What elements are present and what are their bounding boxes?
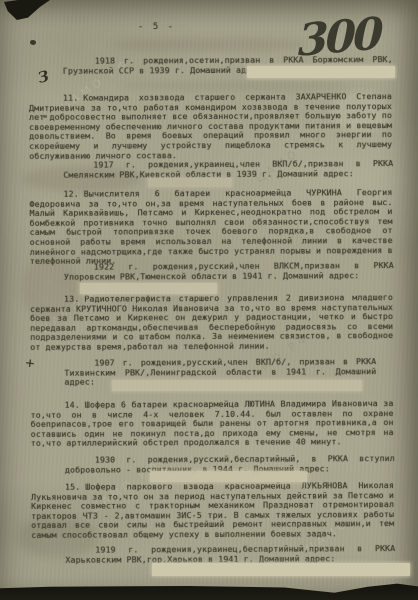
scanned-document-page: ЦАМО РФ ЦАМО РФ ЦАМО РФ ЦАМО РФ ЦАМО РФ … [0, 0, 418, 600]
entry-13-citation: 13.Радиотелеграфиста старшего управления… [30, 293, 393, 352]
entry-14-number: 14. [65, 400, 80, 410]
redaction-block [150, 471, 307, 482]
entry-15-number: 15. [65, 482, 80, 492]
redaction-block [112, 380, 362, 391]
entry-12-text: Вычислителя 6 батареи красноармейца ЧУРК… [29, 187, 392, 266]
redaction-block [148, 178, 232, 187]
entry-15-citation: 15.Шофера паркового взвода красноармейца… [31, 481, 394, 540]
redaction-block [247, 66, 395, 78]
entry-12-citation: 12.Вычислителя 6 батареи красноармейца Ч… [29, 188, 392, 267]
entry-15-text: Шофера паркового взвода красноармейца ЛУ… [31, 480, 394, 540]
entry-11-citation: 11.Командира хозвзвода старшего сержанта… [29, 92, 392, 161]
entry-12-number: 12. [63, 189, 78, 199]
entry-15-details: 1919 г. рождения,украинец,беспартийный,п… [65, 544, 395, 565]
entry-13-number: 13. [64, 294, 79, 304]
redaction-block [152, 563, 410, 576]
redaction-block [80, 283, 217, 294]
entry-11-number: 11. [63, 93, 78, 103]
entry-11-details: 1917 г. рождения,украинец,член ВКП/б/,пр… [63, 159, 393, 180]
entry-14-citation: 14.Шофера 6 батареи красноармейца ЛЮТИНА… [31, 399, 394, 449]
entry-11-text: Командира хозвзвода старшего сержанта ЗА… [29, 91, 392, 160]
entry-12-details: 1922 г. рождения,русский,член ВЛКСМ,приз… [64, 261, 394, 282]
entry-13-text: Радиотелеграфиста старшего управления 2 … [30, 292, 393, 352]
typewritten-text-layer: 1918 г. рождения,осетин,призван в РККА Б… [0, 0, 418, 600]
entry-14-text: Шофера 6 батареи красноармейца ЛЮТИНА Вл… [31, 398, 394, 448]
